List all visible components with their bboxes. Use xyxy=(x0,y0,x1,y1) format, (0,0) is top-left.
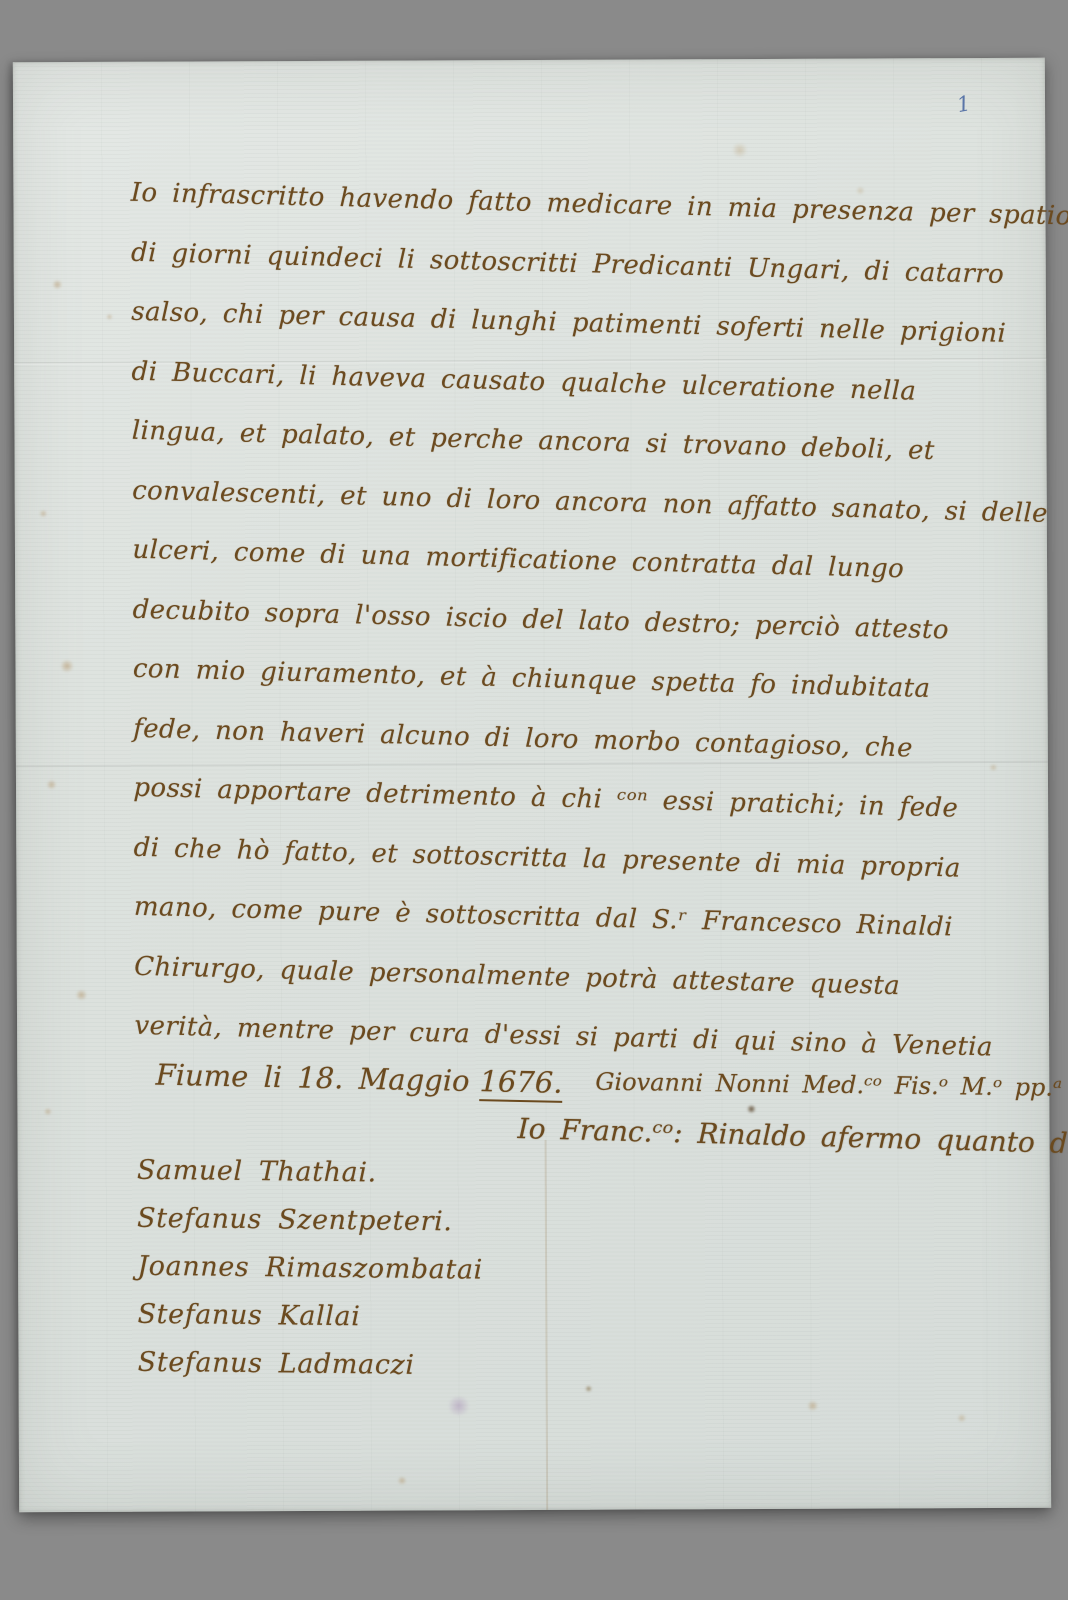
dateline: Fiume li 18. Maggio1676. xyxy=(155,1058,563,1100)
paper-stain xyxy=(585,1386,593,1392)
page-number: 1 xyxy=(955,91,972,117)
paper-stain xyxy=(746,1105,756,1113)
paper-stain xyxy=(59,660,74,672)
paper-stain xyxy=(46,780,57,789)
paper-stain xyxy=(807,1401,819,1411)
paper-stain xyxy=(43,1108,52,1115)
signature-physician: Giovanni Nonni Med.ᶜᵒ Fis.ᵒ M.ᵒ pp.ᵃ xyxy=(595,1068,1062,1102)
paper-stain xyxy=(106,314,113,320)
witness-signature: Stefanus Szentpeteri. xyxy=(137,1186,483,1238)
paper-stain xyxy=(39,510,48,517)
paper-stain xyxy=(75,990,88,1000)
signature-surgeon: Io Franc.ᶜᵒ: Rinaldo afermo quanto di so… xyxy=(517,1112,1068,1162)
dateline-place: Fiume li 18. Maggio xyxy=(155,1058,470,1098)
manuscript-page: 1 Io infrascritto havendo fatto medicare… xyxy=(13,58,1051,1512)
paper-stain xyxy=(447,1396,471,1415)
witness-signature: Stefanus Kallai xyxy=(137,1282,483,1334)
paper-stain xyxy=(52,280,63,289)
witness-signature: Joannes Rimaszombatai xyxy=(137,1234,483,1286)
paper-stain xyxy=(397,1477,407,1485)
paper-stain xyxy=(957,1414,967,1422)
witness-signature: Samuel Thathai. xyxy=(137,1138,483,1190)
witness-signature: Stefanus Ladmaczi xyxy=(138,1330,484,1382)
vertical-fold-crease xyxy=(545,1140,549,1510)
letter-body: Io infrascritto havendo fatto medicare i… xyxy=(130,144,1034,1040)
witness-signatures: Samuel Thathai.Stefanus Szentpeteri.Joan… xyxy=(137,1136,484,1378)
dateline-year: 1676. xyxy=(479,1064,563,1103)
photograph-background: 1 Io infrascritto havendo fatto medicare… xyxy=(0,0,1068,1600)
